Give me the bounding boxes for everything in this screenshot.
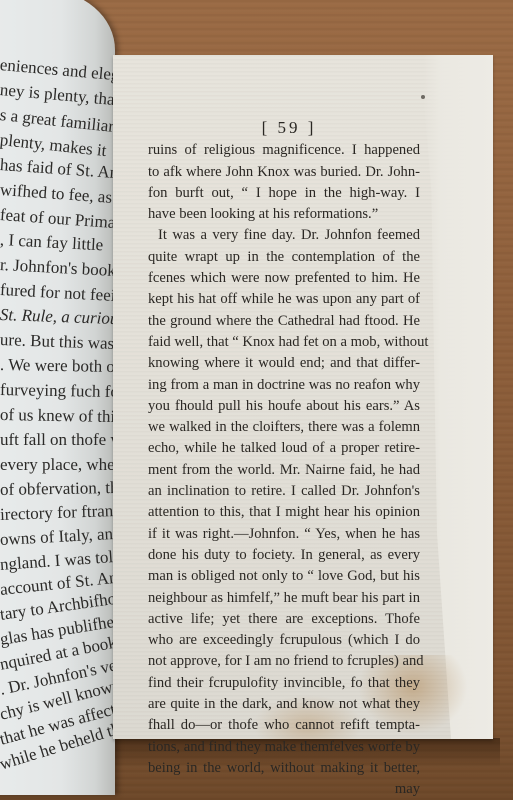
text-line: done his duty to fociety. In general, as… <box>148 545 420 566</box>
right-page: [ 59 ] ruins of religious magnificence. … <box>113 55 493 739</box>
text-line: who are exceedingly fcrupulous (which I … <box>148 630 420 651</box>
text-line: are quite in the dark, and know not what… <box>148 694 420 715</box>
catchword: may <box>148 779 420 800</box>
text-line: neighbour as himfelf,” he muft bear his … <box>148 588 420 609</box>
left-line: furveying fuch for <box>0 377 115 404</box>
text-line: fcenes which were now prefented to him. … <box>148 268 420 289</box>
text-line: the ground where the Cathedral had ftood… <box>148 311 420 332</box>
text-line: we walked in the cloifters, there was a … <box>148 417 420 438</box>
left-page: eniences and elegan ney is plenty, than … <box>0 0 115 795</box>
text-line: tions, and find they make themfelves wor… <box>148 737 420 758</box>
text-line: if it was right.—Johnfon. “ Yes, when he… <box>148 524 420 545</box>
text-line: active life; yet there are exceptions. T… <box>148 609 420 630</box>
text-line: echo, while he talked loud of a proper r… <box>148 438 420 459</box>
page-number: [ 59 ] <box>158 117 420 138</box>
text-line: It was a very fine day. Dr. Johnfon feem… <box>148 225 420 246</box>
text-line: an inclination to retire. I called Dr. J… <box>148 481 420 502</box>
text-line: fon burft out, “ I hope in the high-way.… <box>148 183 420 204</box>
left-line: . We were both of <box>0 352 115 379</box>
text-line: knowing where it would end; and that dif… <box>148 353 420 374</box>
left-line: every place, where <box>0 452 115 477</box>
text-line: faid well, that “ Knox had fet on a mob,… <box>148 332 420 353</box>
left-line: uft fall on thofe who <box>0 427 115 452</box>
text-line: have been looking at his reformations.” <box>148 204 420 225</box>
page-text: [ 59 ] ruins of religious magnificence. … <box>148 117 420 800</box>
text-line: kept his hat off while he was upon any p… <box>148 289 420 310</box>
ink-speck <box>421 95 425 99</box>
text-line: fhall do—or thofe who cannot refift temp… <box>148 715 420 736</box>
text-line: ment from the world. Mr. Nairne faid, he… <box>148 460 420 481</box>
text-line: find their fcrupulofity invincible, fo t… <box>148 673 420 694</box>
text-line: ing from a man in doctrine was no reafon… <box>148 375 420 396</box>
text-line: ruins of religious magnificence. I happe… <box>148 140 420 161</box>
text-line: being in the world, without making it be… <box>148 758 420 779</box>
text-line: to afk where John Knox was buried. Dr. J… <box>148 162 420 183</box>
text-line: not approve, for I am no friend to fcrup… <box>148 651 420 672</box>
left-page-text: eniences and elegan ney is plenty, than … <box>0 52 115 777</box>
text-line: quite wrapt up in the contemplation of t… <box>148 247 420 268</box>
text-line: man is obliged not only to “ love God, b… <box>148 566 420 587</box>
text-line: attention to this, that I might hear his… <box>148 502 420 523</box>
left-line: of us knew of this <box>0 402 115 429</box>
text-line: you fhould pull his houfe about his ears… <box>148 396 420 417</box>
